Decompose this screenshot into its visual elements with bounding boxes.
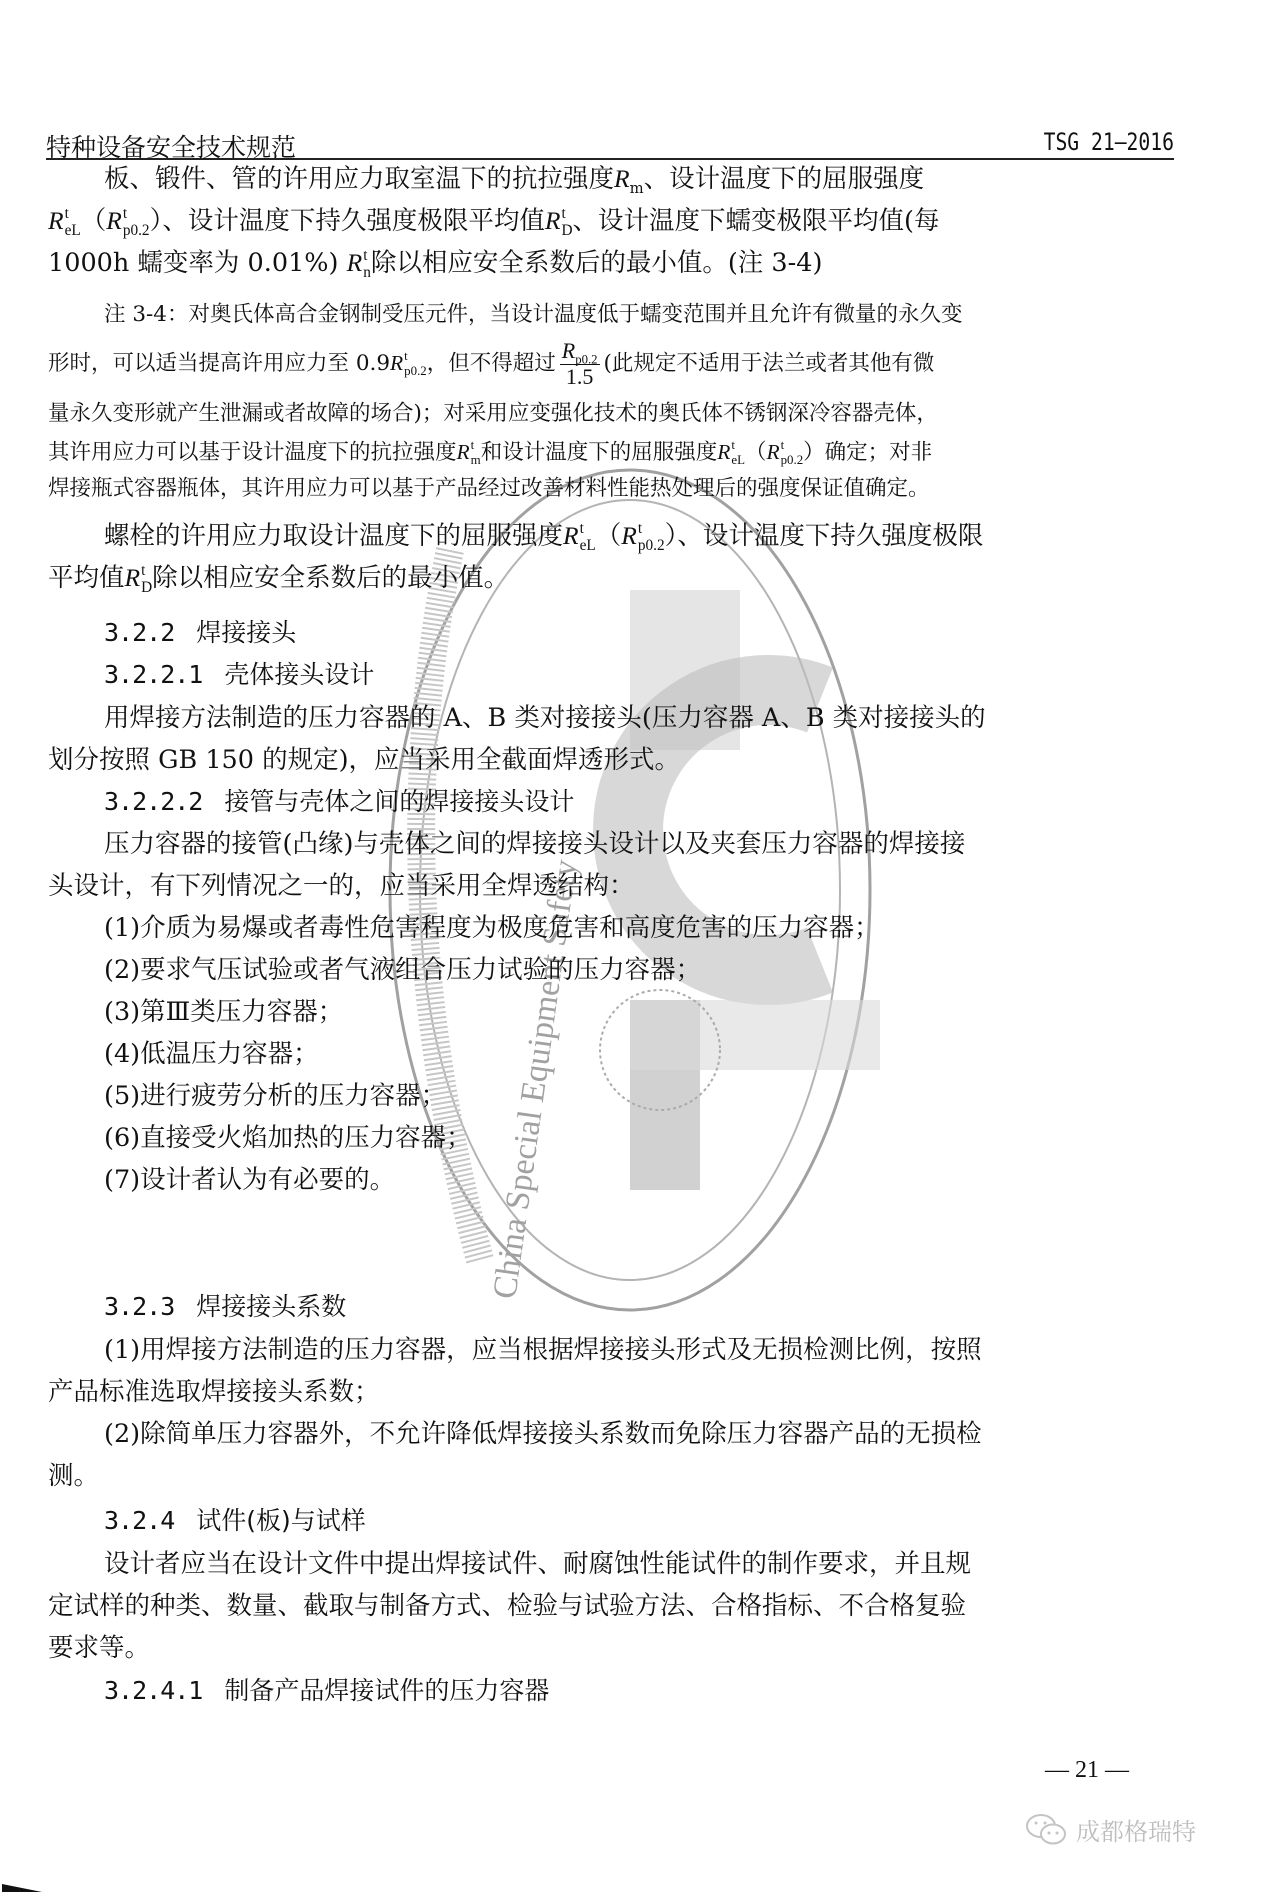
list-item: (6)直接受火焰加热的压力容器； xyxy=(104,1117,472,1159)
text-span: 、设计温度下的屈服强度 xyxy=(644,164,925,194)
symbol: R xyxy=(563,521,579,550)
list-item: (2)要求气压试验或者气液组合压力试验的压力容器； xyxy=(104,949,701,991)
section-title: 试件(板)与试样 xyxy=(196,1506,366,1535)
section-heading-3-2-2-1: 3.2.2.1壳体接头设计 xyxy=(104,654,374,696)
section-title: 接管与壳体之间的焊接接头设计 xyxy=(224,787,574,816)
subscript: p0.2 xyxy=(638,538,665,553)
superscript: t xyxy=(471,439,481,452)
section-title: 壳体接头设计 xyxy=(224,660,374,689)
subscript: m xyxy=(630,180,644,197)
text-span: 除以相应安全系数后的最小值。(注 3-4) xyxy=(371,248,823,278)
superscript: t xyxy=(141,563,152,578)
s3221-line1: 用焊接方法制造的压力容器的 A、B 类对接接头(压力容器 A、B 类对接接头的 xyxy=(104,697,986,739)
brand-name: 成都格瑞特 xyxy=(1076,1812,1196,1847)
s323-line4: 测。 xyxy=(48,1455,99,1497)
section-number: 3.2.4 xyxy=(104,1506,174,1535)
text-span: 1000h 蠕变率为 0.01%) xyxy=(48,248,339,278)
s3222-line1: 压力容器的接管(凸缘)与壳体之间的焊接接头设计以及夹套压力容器的焊接接 xyxy=(104,823,965,865)
note-3-4-line2: 形时，可以适当提高许用应力至 0.9Rtp0.2，但不得超过Rp0.21.5(此… xyxy=(48,338,934,389)
section-heading-3-2-2: 3.2.2焊接接头 xyxy=(104,612,296,654)
section-heading-3-2-3: 3.2.3焊接接头系数 xyxy=(104,1286,346,1328)
list-item: (3)第Ⅲ类压力容器； xyxy=(104,991,343,1033)
symbol: R xyxy=(390,351,403,375)
subscript: eL xyxy=(580,538,596,553)
text-span: ）、设计温度下持久强度极限平均值 xyxy=(150,206,545,236)
text-span: ）、设计温度下持久强度极限 xyxy=(665,521,984,551)
text-span: 其许用应力可以基于设计温度下的抗拉强度 xyxy=(48,440,457,465)
para1-line2: RteL（Rtp0.2）、设计温度下持久强度极限平均值RtD、设计温度下蠕变极限… xyxy=(48,200,939,242)
note-3-4-line1: 注 3-4：对奥氏体高合金钢制受压元件，当设计温度低于蠕变范围并且允许有微量的永… xyxy=(104,294,962,336)
subscript: eL xyxy=(731,454,745,467)
s324-line2: 定试样的种类、数量、截取与制备方式、检验与试验方法、合格指标、不合格复验 xyxy=(48,1585,966,1627)
superscript: t xyxy=(638,521,665,536)
symbol: R xyxy=(347,248,363,277)
note-3-4-line3: 量永久变形就产生泄漏或者故障的场合)；对采用应变强化技术的奥氏体不锈钢深冷容器壳… xyxy=(48,393,938,435)
text-span: 板、锻件、管的许用应力取室温下的抗拉强度 xyxy=(104,164,614,194)
wechat-icon xyxy=(1024,1813,1070,1847)
text-span: 螺栓的许用应力取设计温度下的屈服强度 xyxy=(104,521,563,551)
section-heading-3-2-4: 3.2.4试件(板)与试样 xyxy=(104,1500,366,1542)
subscript: m xyxy=(471,454,481,467)
symbol: R xyxy=(125,563,141,592)
running-header: 特种设备安全技术规范 TSG 21—2016 xyxy=(46,122,1174,158)
text-span: 平均值 xyxy=(48,563,125,593)
page-number: — 21 — xyxy=(1045,1757,1129,1784)
subscript: D xyxy=(561,223,572,238)
text-span: (此规定不适用于法兰或者其他有微 xyxy=(604,351,935,376)
section-number: 3.2.2.2 xyxy=(104,787,202,816)
superscript: t xyxy=(561,206,572,221)
symbol: R xyxy=(766,440,779,464)
section-number: 3.2.2 xyxy=(104,618,174,647)
section-heading-3-2-4-1: 3.2.4.1制备产品焊接试件的压力容器 xyxy=(104,1670,549,1712)
superscript: t xyxy=(363,248,371,263)
brand-watermark: 成都格瑞特 xyxy=(1024,1812,1196,1847)
section-number: 3.2.4.1 xyxy=(104,1676,202,1705)
section-number: 3.2.2.1 xyxy=(104,660,202,689)
subscript: p0.2 xyxy=(404,365,427,378)
symbol: R xyxy=(562,338,575,363)
list-item: (5)进行疲劳分析的压力容器； xyxy=(104,1075,446,1117)
subscript: p0.2 xyxy=(123,223,150,238)
section-title: 焊接接头 xyxy=(196,618,296,647)
bolt-para-line2: 平均值RtD除以相应安全系数后的最小值。 xyxy=(48,557,509,599)
symbol: R xyxy=(457,440,470,464)
section-number: 3.2.3 xyxy=(104,1292,174,1321)
para1-line1: 板、锻件、管的许用应力取室温下的抗拉强度Rm、设计温度下的屈服强度 xyxy=(104,158,924,200)
section-title: 制备产品焊接试件的压力容器 xyxy=(224,1676,549,1705)
symbol: R xyxy=(621,521,637,550)
symbol: R xyxy=(717,440,730,464)
symbol: R xyxy=(614,164,630,193)
section-heading-3-2-2-2: 3.2.2.2接管与壳体之间的焊接接头设计 xyxy=(104,781,574,823)
symbol: R xyxy=(48,206,64,235)
text-span: 和设计温度下的屈服强度 xyxy=(481,440,718,465)
superscript: t xyxy=(781,439,804,452)
denominator: 1.5 xyxy=(566,365,594,389)
para1-line3: 1000h 蠕变率为 0.01%) Rtn除以相应安全系数后的最小值。(注 3-… xyxy=(48,242,822,284)
text-span: 形时，可以适当提高许用应力至 0.9 xyxy=(48,351,390,376)
s323-line3: (2)除简单压力容器外，不允许降低焊接接头系数而免除压力容器产品的无损检 xyxy=(104,1413,982,1455)
fraction: Rp0.21.5 xyxy=(560,339,600,388)
s324-line3: 要求等。 xyxy=(48,1627,150,1669)
text-span: ，但不得超过 xyxy=(427,351,556,376)
document-page: 特种设备安全技术规范 TSG 21—2016 China Special Equ… xyxy=(0,0,1280,1892)
s3221-line2: 划分按照 GB 150 的规定)，应当采用全截面焊透形式。 xyxy=(48,739,680,781)
superscript: t xyxy=(123,206,150,221)
list-item: (7)设计者认为有必要的。 xyxy=(104,1159,395,1201)
header-code: TSG 21—2016 xyxy=(1044,128,1174,156)
subscript: p0.2 xyxy=(781,454,804,467)
subscript: n xyxy=(363,265,371,280)
subscript: eL xyxy=(65,223,81,238)
list-item: (1)介质为易爆或者毒性危害程度为极度危害和高度危害的压力容器； xyxy=(104,907,880,949)
s3222-line2: 头设计，有下列情况之一的，应当采用全焊透结构： xyxy=(48,865,635,907)
s323-line1: (1)用焊接方法制造的压力容器，应当根据焊接接头形式及无损检测比例，按照 xyxy=(104,1329,982,1371)
text-span: 除以相应安全系数后的最小值。 xyxy=(152,563,509,593)
s323-line2: 产品标准选取焊接接头系数； xyxy=(48,1371,380,1413)
superscript: t xyxy=(580,521,596,536)
text-span: ）确定；对非 xyxy=(803,440,932,465)
list-item: (4)低温压力容器； xyxy=(104,1033,319,1075)
note-3-4-line5: 焊接瓶式容器瓶体，其许用应力可以基于产品经过改善材料性能热处理后的强度保证值确定… xyxy=(48,468,930,510)
superscript: t xyxy=(65,206,81,221)
section-title: 焊接接头系数 xyxy=(196,1292,346,1321)
symbol: R xyxy=(106,206,122,235)
text-span: 、设计温度下蠕变极限平均值(每 xyxy=(573,206,940,236)
subscript: D xyxy=(141,580,152,595)
bolt-para-line1: 螺栓的许用应力取设计温度下的屈服强度RteL（Rtp0.2）、设计温度下持久强度… xyxy=(104,515,983,557)
superscript: t xyxy=(731,439,745,452)
scan-corner-artifact xyxy=(0,1880,42,1892)
superscript: t xyxy=(404,350,427,363)
s324-line1: 设计者应当在设计文件中提出焊接试件、耐腐蚀性能试件的制作要求，并且规 xyxy=(104,1543,971,1585)
symbol: R xyxy=(545,206,561,235)
